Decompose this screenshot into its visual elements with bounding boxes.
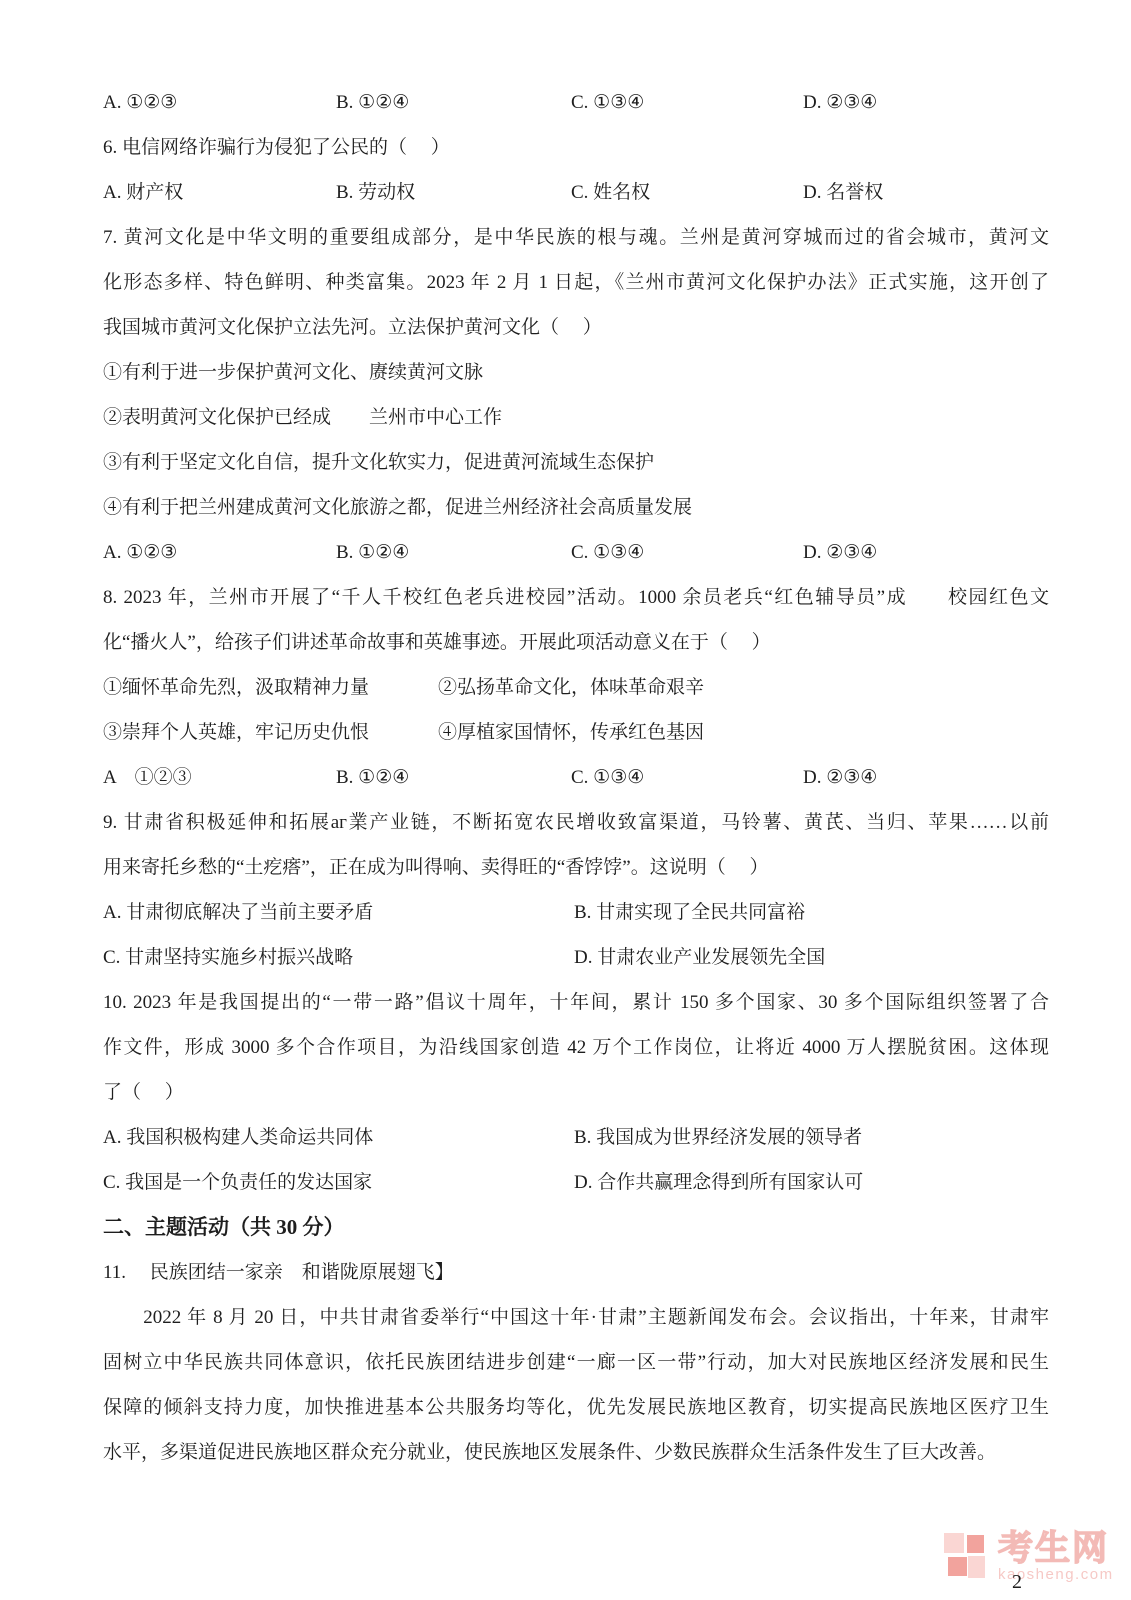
q8-items-row-2: ③崇拜个人英雄，牢记历史仇恨④厚植家国情怀，传承红色基因	[103, 710, 1049, 755]
q7-item-1: ①有利于进一步保护黄河文化、赓续黄河文脉	[103, 350, 1049, 395]
q9-options-row-1-item-2: B. 甘肃实现了全民共同富裕	[574, 890, 805, 935]
q5-options-item-1: A. ①②③	[103, 80, 336, 125]
watermark-brand: 考生网	[998, 1531, 1114, 1567]
q8-options: A ①②③B. ①②④C. ①③④D. ②③④	[103, 755, 1049, 800]
kaosheng-watermark: 考生网 kaosheng.com	[944, 1531, 1114, 1583]
q10-options-row-2-item-1: C. 我国是一个负责任的发达国家	[103, 1160, 574, 1205]
q5-options-item-4: D. ②③④	[803, 80, 877, 125]
q7-stem-line-3: 我国城市黄河文化保护立法先河。立法保护黄河文化（ ）	[103, 305, 1049, 350]
q7-stem-line-1: 7. 黄河文化是中华文明的重要组成部分，是中华民族的根与魂。兰州是黄河穿城而过的…	[103, 215, 1049, 260]
q10-options-row-1-item-2: B. 我国成为世界经济发展的领导者	[574, 1115, 862, 1160]
q6-options: A. 财产权B. 劳动权C. 姓名权D. 名誉权	[103, 170, 1049, 215]
q9-stem-line-1: 9. 甘肃省积极延伸和拓展аг業产业链，不断拓宽农民增收致富渠道，马铃薯、黄芪、…	[103, 800, 1049, 845]
q7-options-item-2: B. ①②④	[336, 530, 571, 575]
q5-options: A. ①②③B. ①②④C. ①③④D. ②③④	[103, 80, 1049, 125]
q10-options-row-2-item-2: D. 合作共赢理念得到所有国家认可	[574, 1160, 863, 1205]
q11-title: 11. 民族团结一家亲 和谐陇原展翅飞】	[103, 1250, 1049, 1295]
q10-stem-line-2: 作文件，形成 3000 多个合作项目，为沿线国家创造 42 万个工作岗位，让将近…	[103, 1025, 1049, 1070]
q11-paragraph-line-3: 保障的倾斜支持力度，加快推进基本公共服务均等化，优先发展民族地区教育，切实提高民…	[103, 1385, 1049, 1430]
q11-paragraph-line-1: 2022 年 8 月 20 日，中共甘肃省委举行“中国这十年·甘肃”主题新闻发布…	[103, 1295, 1049, 1340]
q7-item-2: ②表明黄河文化保护已经成 兰州市中心工作	[103, 395, 1049, 440]
q11-paragraph-line-2: 固树立中华民族共同体意识，依托民族团结进步创建“一廊一区一带”行动，加大对民族地…	[103, 1340, 1049, 1385]
q7-item-3: ③有利于坚定文化自信，提升文化软实力，促进黄河流域生态保护	[103, 440, 1049, 485]
q8-stem-line-1: 8. 2023 年，兰州市开展了“千人千校红色老兵进校园”活动。1000 余员老…	[103, 575, 1049, 620]
q8-stem-line-2: 化“播火人”，给孩子们讲述革命故事和英雄事迹。开展此项活动意义在于（ ）	[103, 620, 1049, 665]
q9-options-row-2-item-2: D. 甘肃农业产业发展领先全国	[574, 935, 825, 980]
exam-page-content: A. ①②③B. ①②④C. ①③④D. ②③④6. 电信网络诈骗行为侵犯了公民…	[103, 80, 1049, 1475]
q10-options-row-1-item-1: A. 我国积极构建人类命运共同体	[103, 1115, 574, 1160]
q8-items-row-2-item-1: ③崇拜个人英雄，牢记历史仇恨	[103, 710, 438, 755]
section-2-heading: 二、主题活动（共 30 分）	[103, 1205, 1049, 1250]
q7-options-item-1: A. ①②③	[103, 530, 336, 575]
q8-options-item-2: B. ①②④	[336, 755, 571, 800]
q5-options-item-3: C. ①③④	[571, 80, 803, 125]
q6-options-item-3: C. 姓名权	[571, 170, 803, 215]
q10-stem-line-3: 了（ ）	[103, 1070, 1049, 1115]
q9-options-row-1: A. 甘肃彻底解决了当前主要矛盾B. 甘肃实现了全民共同富裕	[103, 890, 1049, 935]
q9-stem-line-2: 用来寄托乡愁的“土疙瘩”，正在成为叫得响、卖得旺的“香饽饽”。这说明（ ）	[103, 845, 1049, 890]
q6-stem: 6. 电信网络诈骗行为侵犯了公民的（ ）	[103, 125, 1049, 170]
q8-options-item-1: A ①②③	[103, 755, 336, 800]
q6-options-item-1: A. 财产权	[103, 170, 336, 215]
q8-items-row-1-item-1: ①缅怀革命先烈，汲取精神力量	[103, 665, 438, 710]
q9-options-row-1-item-1: A. 甘肃彻底解决了当前主要矛盾	[103, 890, 574, 935]
q11-paragraph-line-4: 水平，多渠道促进民族地区群众充分就业，使民族地区发展条件、少数民族群众生活条件发…	[103, 1430, 1049, 1475]
q10-options-row-2: C. 我国是一个负责任的发达国家D. 合作共赢理念得到所有国家认可	[103, 1160, 1049, 1205]
q9-options-row-2: C. 甘肃坚持实施乡村振兴战略D. 甘肃农业产业发展领先全国	[103, 935, 1049, 980]
page-number: 2	[1012, 1570, 1022, 1594]
q8-items-row-2-item-2: ④厚植家国情怀，传承红色基因	[438, 710, 704, 755]
q5-options-item-2: B. ①②④	[336, 80, 571, 125]
kaosheng-logo-icon	[944, 1531, 988, 1581]
q10-options-row-1: A. 我国积极构建人类命运共同体B. 我国成为世界经济发展的领导者	[103, 1115, 1049, 1160]
q8-items-row-1: ①缅怀革命先烈，汲取精神力量②弘扬革命文化，体味革命艰辛	[103, 665, 1049, 710]
q7-item-4: ④有利于把兰州建成黄河文化旅游之都，促进兰州经济社会高质量发展	[103, 485, 1049, 530]
q7-options-item-3: C. ①③④	[571, 530, 803, 575]
q7-options-item-4: D. ②③④	[803, 530, 877, 575]
q10-stem-line-1: 10. 2023 年是我国提出的“一带一路”倡议十周年，十年间，累计 150 多…	[103, 980, 1049, 1025]
q8-options-item-3: C. ①③④	[571, 755, 803, 800]
q6-options-item-2: B. 劳动权	[336, 170, 571, 215]
q6-options-item-4: D. 名誉权	[803, 170, 883, 215]
q8-items-row-1-item-2: ②弘扬革命文化，体味革命艰辛	[438, 665, 704, 710]
q7-stem-line-2: 化形态多样、特色鲜明、种类富集。2023 年 2 月 1 日起，《兰州市黄河文化…	[103, 260, 1049, 305]
q7-options: A. ①②③B. ①②④C. ①③④D. ②③④	[103, 530, 1049, 575]
q9-options-row-2-item-1: C. 甘肃坚持实施乡村振兴战略	[103, 935, 574, 980]
q8-options-item-4: D. ②③④	[803, 755, 877, 800]
